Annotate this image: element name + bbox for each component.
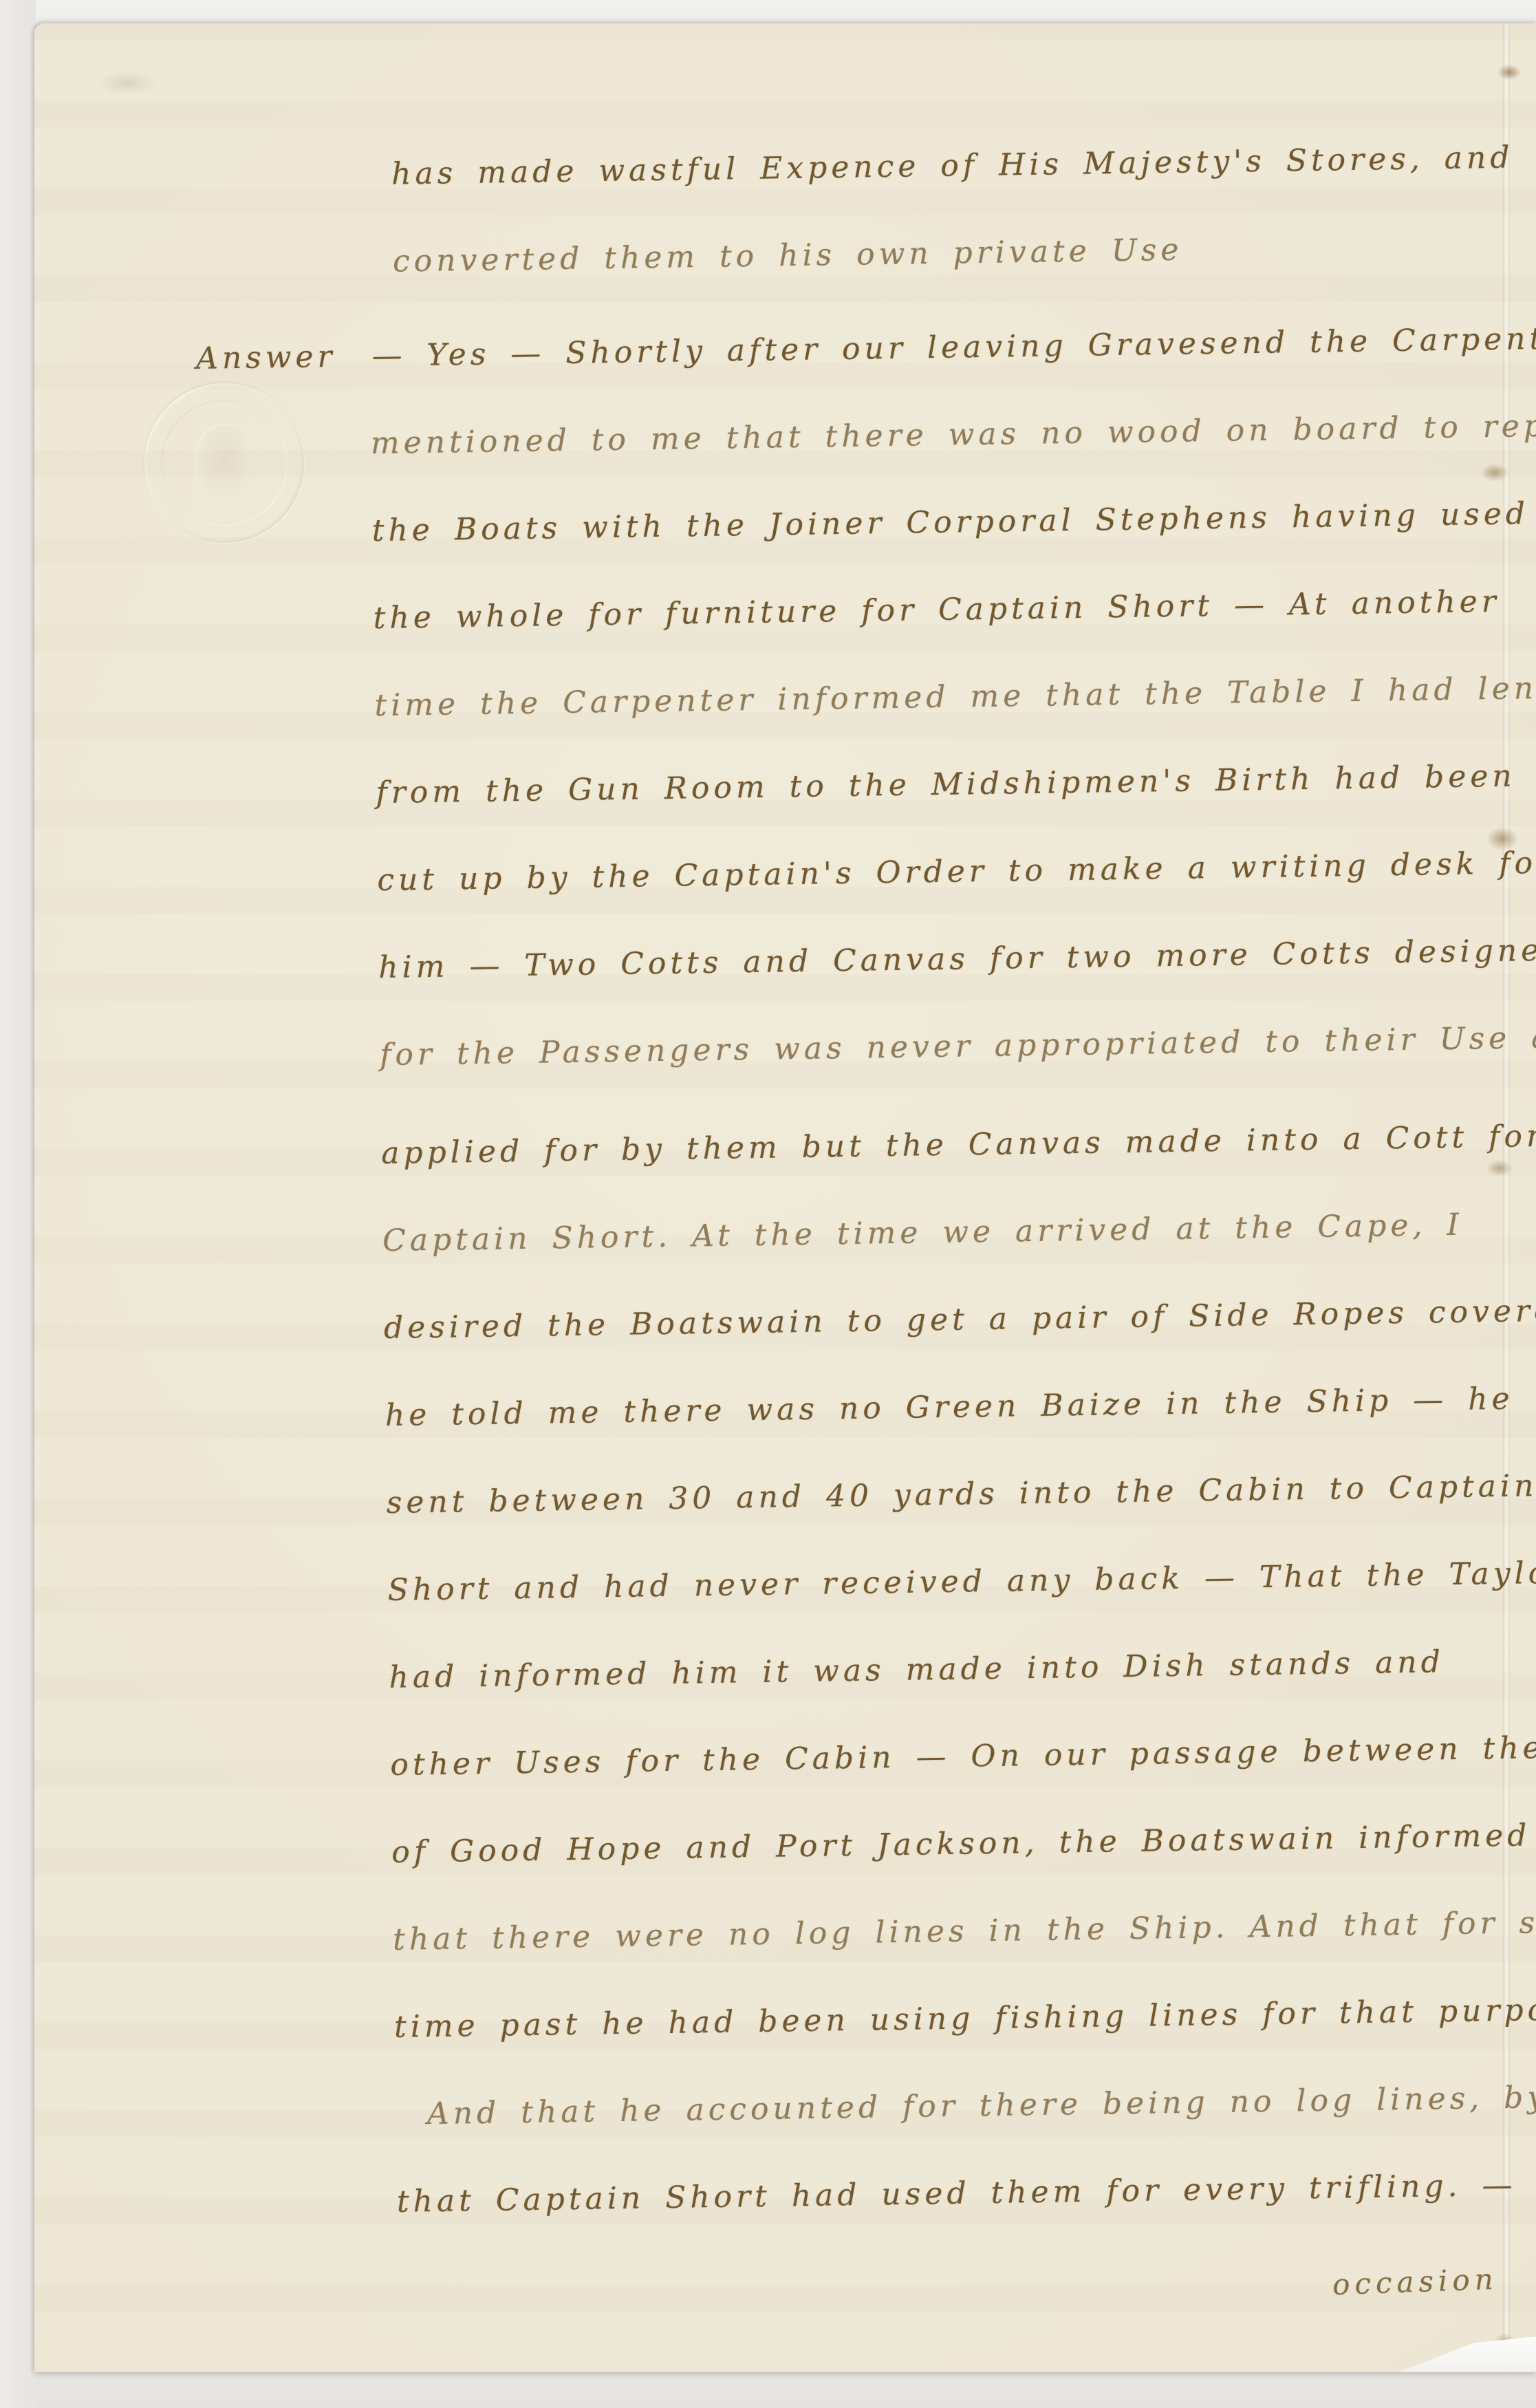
manuscript-line: applied for by them but the Canvas made … bbox=[380, 1092, 1536, 1197]
manuscript-line: cut up by the Captain's Order to make a … bbox=[376, 819, 1536, 924]
manuscript-line: the Boats with the Joiner Corporal Steph… bbox=[371, 469, 1536, 574]
manuscript-paper: has made wastful Expence of His Majesty'… bbox=[34, 23, 1536, 2372]
manuscript-line: time the Carpenter informed me that the … bbox=[374, 644, 1536, 749]
pencil-smudge bbox=[98, 72, 157, 95]
manuscript-line: converted them to his own private Use bbox=[392, 200, 1536, 305]
manuscript-line: that there were no log lines in the Ship… bbox=[392, 1878, 1536, 1984]
manuscript-text: has made wastful Expence of His Majesty'… bbox=[366, 113, 1536, 2245]
catchword: occasion bbox=[1332, 2262, 1499, 2301]
folded-corner bbox=[1398, 2336, 1536, 2372]
manuscript-line: Captain Short. At the time we arrived at… bbox=[382, 1179, 1536, 1284]
manuscript-line: the whole for furniture for Captain Shor… bbox=[373, 557, 1536, 662]
manuscript-line: that Captain Short had used them for eve… bbox=[396, 2140, 1536, 2246]
manuscript-line: And that he accounted for there being no… bbox=[426, 2053, 1536, 2158]
answer-label: Answer bbox=[195, 313, 336, 402]
manuscript-line: for the Passengers was never appropriate… bbox=[379, 993, 1536, 1099]
manuscript-line: Short and had never received any back — … bbox=[387, 1529, 1536, 1634]
manuscript-line: from the Gun Room to the Midshipmen's Bi… bbox=[376, 731, 1536, 837]
manuscript-line: other Uses for the Cabin — On our passag… bbox=[389, 1703, 1536, 1809]
manuscript-line: had informed him it was made into Dish s… bbox=[389, 1616, 1536, 1721]
manuscript-line: time past he had been using fishing line… bbox=[393, 1966, 1536, 2071]
manuscript-line: of Good Hope and Port Jackson, the Boats… bbox=[391, 1791, 1536, 1896]
ink-speck bbox=[1497, 65, 1521, 80]
manuscript-line: mentioned to me that there was no wood o… bbox=[370, 382, 1536, 487]
manuscript-line: sent between 30 and 40 yards into the Ca… bbox=[386, 1441, 1536, 1547]
answer-line-text: — Yes — Shortly after our leaving Graves… bbox=[371, 321, 1536, 374]
seal-center-motif bbox=[195, 424, 253, 502]
manuscript-line: him — Two Cotts and Canvas for two more … bbox=[378, 906, 1536, 1011]
scan-background bbox=[0, 0, 36, 2408]
manuscript-line: has made wastful Expence of His Majesty'… bbox=[391, 113, 1536, 217]
manuscript-line: desired the Boatswain to get a pair of S… bbox=[383, 1267, 1536, 1372]
embossed-library-seal-icon bbox=[144, 383, 304, 543]
manuscript-line: he told me there was no Green Baize in t… bbox=[385, 1354, 1536, 1459]
scanned-manuscript-page: has made wastful Expence of His Majesty'… bbox=[0, 0, 1536, 2408]
